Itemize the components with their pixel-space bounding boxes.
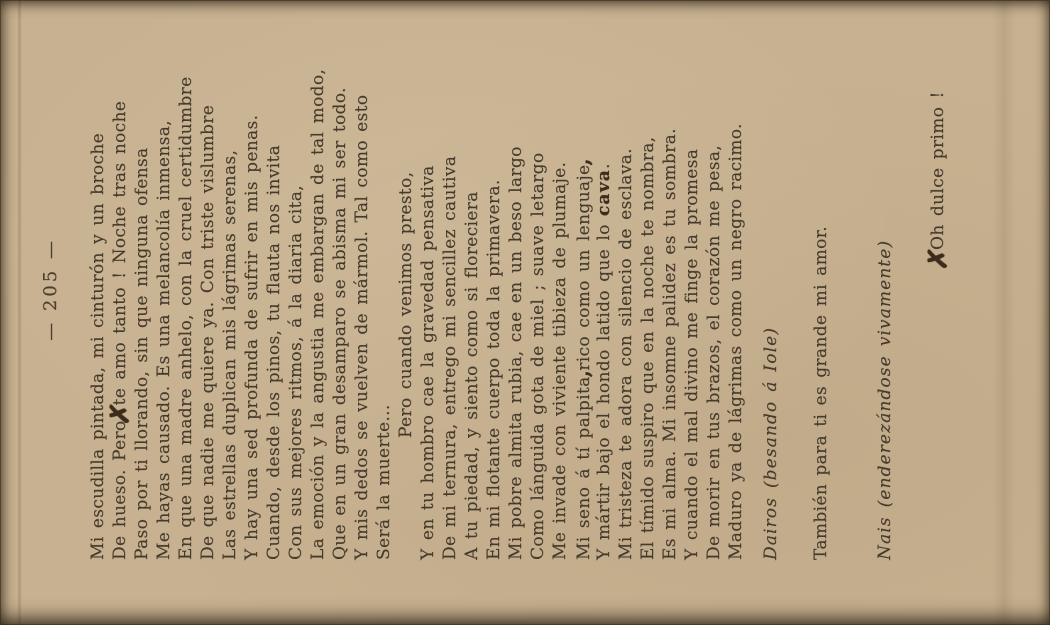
- poem-line: Mi seno á tí palpita,rico como un lengua…: [571, 0, 593, 560]
- dialogue-block: Dairos (besando á Iole)También para ti e…: [760, 0, 949, 625]
- printed-text: En mi flotante cuerpo toda la primavera.: [484, 179, 504, 560]
- paper-crease-left: [17, 0, 22, 625]
- rotated-page-wrapper: — 205 — Mi escudilla pintada, mi cinturó…: [0, 0, 1050, 625]
- poem-line: Con sus mejores ritmos, á la diaria cita…: [285, 0, 307, 560]
- page-portrait: — 205 — Mi escudilla pintada, mi cinturó…: [40, 0, 1050, 625]
- printed-text: Oh dulce primo !: [928, 91, 948, 250]
- poem-block: Mi escudilla pintada, mi cinturón y un b…: [87, 0, 747, 625]
- poem-line: Paso por ti llorando, sin que ninguna of…: [131, 0, 153, 560]
- printed-text: Y cuando el mal divino me finge la prome…: [682, 149, 702, 560]
- stage-direction-line: Nais (enderezándose vivamente): [874, 0, 896, 560]
- dialogue-line: También para ti es grande mi amor.: [810, 0, 832, 560]
- poem-line: Y hay una sed profunda de sufrir en mis …: [241, 0, 263, 560]
- poem-line: De hueso. Pero✗te amo tanto ! Noche tras…: [109, 0, 131, 560]
- scanned-book-page: — 205 — Mi escudilla pintada, mi cinturó…: [0, 0, 1050, 625]
- printed-text: Nais (enderezándose vivamente): [875, 240, 895, 560]
- pen-comma-mark: ,: [569, 158, 594, 166]
- printed-text: De mi ternura, entrego mi sencillez caut…: [440, 156, 460, 560]
- poem-line: La emoción y la angustia me embargan de …: [307, 0, 329, 560]
- printed-text: De hueso. Pero: [110, 420, 130, 560]
- printed-text: Maduro ya de lágrimas como un negro raci…: [726, 123, 746, 560]
- printed-text: Y mis dedos se vuelven de mármol. Tal co…: [352, 95, 372, 560]
- printed-text: Mi tristeza te adora con silencio de esc…: [616, 148, 636, 560]
- printed-text: Pero cuando venimos presto,: [396, 172, 416, 438]
- poem-line: En mi flotante cuerpo toda la primavera.: [483, 0, 505, 560]
- paper-crease-right: [993, 0, 1015, 625]
- pen-x-mark: ✗: [120, 403, 122, 426]
- poem-line: Es mi alma. Mi insomne palidez es tu som…: [659, 0, 681, 560]
- printed-text: Mi escudilla pintada, mi cinturón y un b…: [88, 133, 108, 560]
- poem-line: Me hayas causado. Es una melancolía inme…: [153, 0, 175, 560]
- page-number: — 205 —: [40, 0, 61, 625]
- printed-text: La emoción y la angustia me embargan de …: [308, 69, 328, 560]
- poem-line: Y mis dedos se vuelven de mármol. Tal co…: [351, 0, 373, 560]
- printed-text: El tímido suspiro que en la noche te nom…: [638, 137, 658, 560]
- pen-word-correction: cava: [593, 168, 615, 216]
- poem-line: Maduro ya de lágrimas como un negro raci…: [725, 0, 747, 560]
- poem-line: Pero cuando venimos presto,: [395, 0, 417, 560]
- poem-line: Será la muerte...: [373, 0, 395, 560]
- poem-line: Y cuando el mal divino me finge la prome…: [681, 0, 703, 560]
- poem-line: El tímido suspiro que en la noche te nom…: [637, 0, 659, 560]
- poem-line: Mi tristeza te adora con silencio de esc…: [615, 0, 637, 560]
- printed-text: Las estrellas duplican mis lágrimas sere…: [220, 150, 240, 560]
- poem-line: Y en tu hombro cae la gravedad pensativa: [417, 0, 439, 560]
- printed-text: Me hayas causado. Es una melancolía inme…: [154, 120, 174, 560]
- poem-line: Cuando, desde los pinos, tu flauta nos i…: [263, 0, 285, 560]
- printed-text: Y en tu hombro cae la gravedad pensativa: [418, 165, 438, 560]
- printed-text: Mi seno á tí palpita: [574, 376, 594, 560]
- poem-line: A tu piedad, y siento como si floreciera: [461, 0, 483, 560]
- poem-line: Mi pobre almita rubia, cae en un beso la…: [505, 0, 527, 560]
- poem-line: Como lánguida gota de miel ; suave letar…: [527, 0, 549, 560]
- stage-direction-line: Dairos (besando á Iole): [760, 0, 782, 560]
- printed-text: Es mi alma. Mi insomne palidez es tu som…: [660, 128, 680, 560]
- printed-text: Será la muerte...: [374, 404, 394, 560]
- printed-text: De que nadie me quiere ya. Con triste vi…: [198, 105, 218, 560]
- poem-line: Las estrellas duplican mis lágrimas sere…: [219, 0, 241, 560]
- printed-text: En que una madre anhelo, con la cruel ce…: [176, 76, 196, 560]
- poem-line: Que en un gran desamparo se abisma mi se…: [329, 0, 351, 560]
- printed-text: Que en un gran desamparo se abisma mi se…: [330, 87, 350, 560]
- printed-text: Paso por ti llorando, sin que ninguna of…: [132, 148, 152, 561]
- printed-text: También para ti es grande mi amor.: [811, 226, 831, 560]
- printed-text: Y mártir bajo el hondo latido que lo: [594, 216, 614, 560]
- poem-line: Me invade con viviente tibieza de plumaj…: [549, 0, 571, 560]
- poem-line: De morir en tus brazos, el corazón me pe…: [703, 0, 725, 560]
- poem-line: Y mártir bajo el hondo latido que lo cav…: [593, 0, 615, 560]
- poem-line: Mi escudilla pintada, mi cinturón y un b…: [87, 0, 109, 560]
- printed-text: De morir en tus brazos, el corazón me pe…: [704, 145, 724, 560]
- printed-text: Con sus mejores ritmos, á la diaria cita…: [286, 185, 306, 560]
- printed-text: rico como un lenguaje: [574, 165, 594, 371]
- poem-line: De mi ternura, entrego mi sencillez caut…: [439, 0, 461, 560]
- pen-x-mark: ✗: [938, 247, 940, 270]
- printed-text: te amo tanto ! Noche tras noche: [110, 101, 130, 406]
- dialogue-line: ✗Oh dulce primo !: [927, 0, 949, 560]
- printed-text: Dairos (besando á Iole): [761, 327, 781, 560]
- poem-line: En que una madre anhelo, con la cruel ce…: [175, 0, 197, 560]
- printed-text: Mi pobre almita rubia, cae en un beso la…: [506, 146, 526, 560]
- printed-text: Como lánguida gota de miel ; suave letar…: [528, 153, 548, 560]
- printed-text: Cuando, desde los pinos, tu flauta nos i…: [264, 145, 284, 560]
- poem-line: De que nadie me quiere ya. Con triste vi…: [197, 0, 219, 560]
- printed-text: A tu piedad, y siento como si floreciera: [462, 191, 482, 560]
- printed-text: Me invade con viviente tibieza de plumaj…: [550, 162, 570, 560]
- printed-text: Y hay una sed profunda de sufrir en mis …: [242, 115, 262, 560]
